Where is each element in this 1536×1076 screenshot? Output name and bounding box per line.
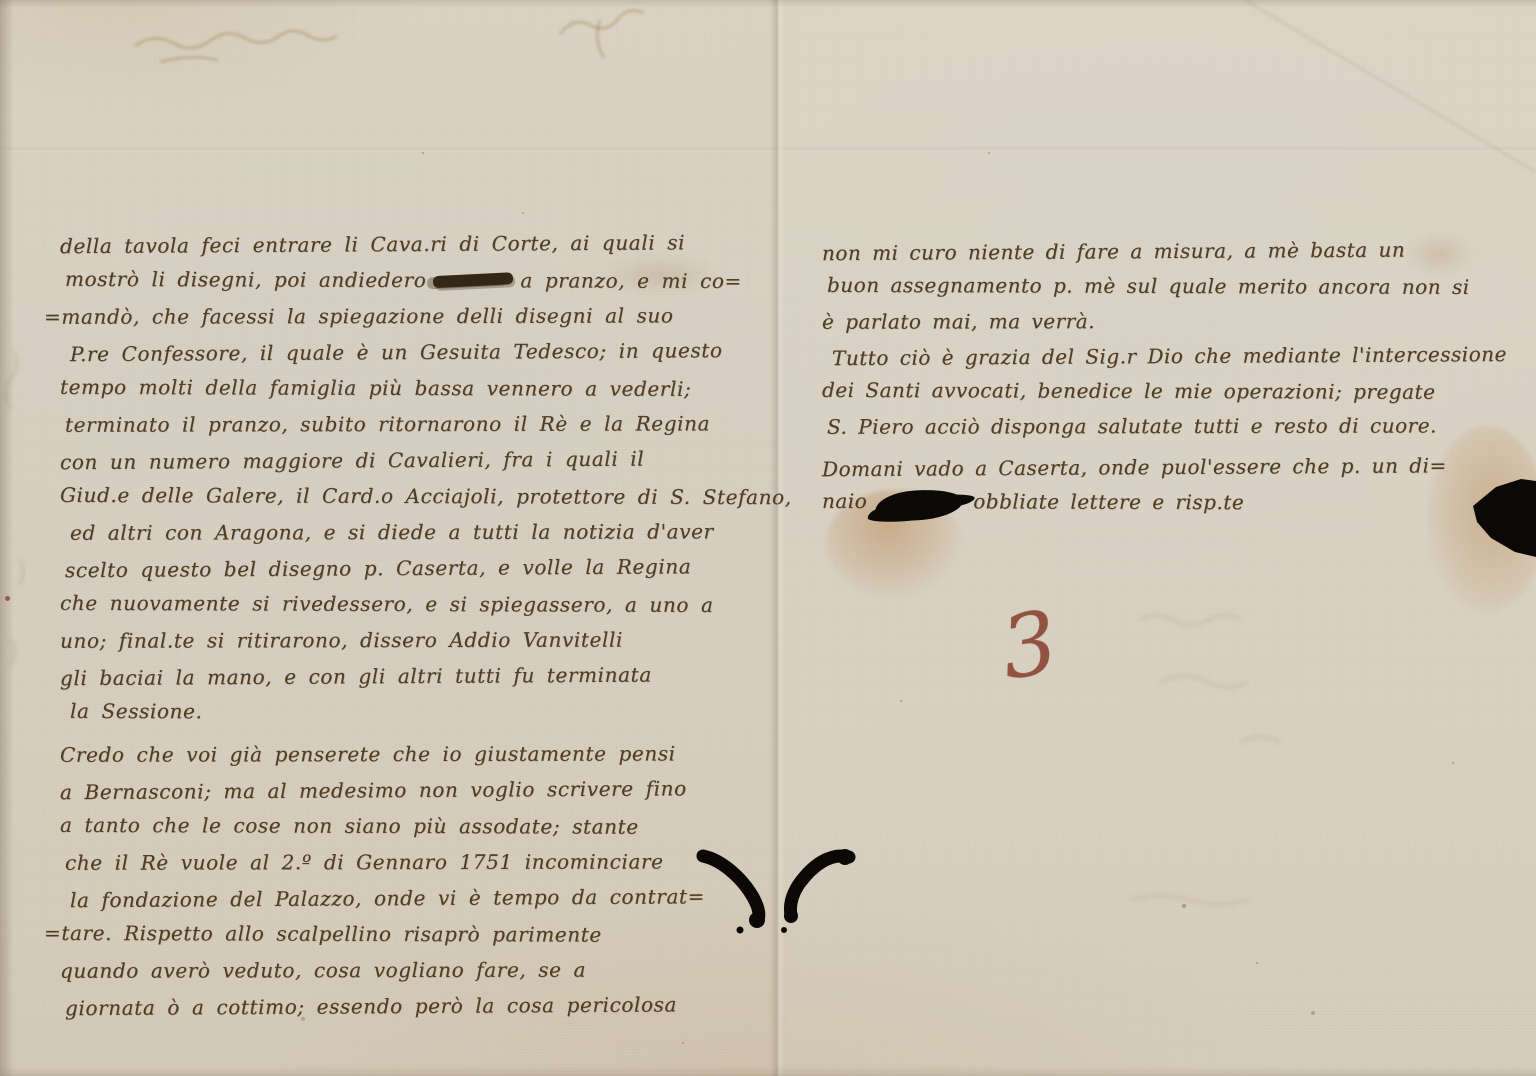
manuscript-line: =tare. Rispetto allo scalpellino risaprò… <box>44 915 770 953</box>
manuscript-line: della tavola feci entrare li Cava.ri di … <box>60 224 770 264</box>
manuscript-line: con un numero maggiore di Cavalieri, fra… <box>60 440 770 480</box>
manuscript-line: terminato il pranzo, subito ritornarono … <box>65 405 770 442</box>
manuscript-letter-scan: 3 della tavola feci entrare li Cava.ri d… <box>0 0 1536 1076</box>
manuscript-line: non mi curo niente di fare a misura, a m… <box>822 232 1528 271</box>
bleed-through-mark <box>560 11 644 58</box>
manuscript-line: P.re Confessore, il quale è un Gesuita T… <box>70 332 770 372</box>
manuscript-line: giornata ò a cottimo; essendo però la co… <box>65 986 770 1026</box>
manuscript-line: naioobbliate lettere e risp.te <box>822 484 1528 521</box>
manuscript-line: tempo molti della famiglia più bassa ven… <box>60 369 770 407</box>
line-text: obbliate lettere e risp.te <box>973 489 1244 514</box>
fold-crease-center <box>770 0 786 1076</box>
manuscript-line: che nuovamente si rivedessero, e si spie… <box>60 585 770 623</box>
manuscript-line: =mandò, che facessi la spiegazione delli… <box>44 297 770 335</box>
ink-strikeout <box>433 272 513 288</box>
right-page-tone <box>786 0 1536 1076</box>
manuscript-line: a Bernasconi; ma al medesimo non voglio … <box>60 770 770 810</box>
manuscript-line: a tanto che le cose non siano più assoda… <box>60 807 770 845</box>
manuscript-line: ed altri con Aragona, e si diede a tutti… <box>70 513 770 550</box>
paper-edge-left <box>0 0 14 1076</box>
manuscript-line: Credo che voi già penserete che io giust… <box>60 735 770 772</box>
bleed-through-mark <box>135 31 337 62</box>
line-text: a pranzo, e mi co= <box>520 268 742 293</box>
manuscript-line: S. Piero acciò disponga salutate tutti e… <box>827 408 1528 444</box>
paper-specks <box>900 700 902 702</box>
line-text: naio <box>822 489 867 513</box>
right-page: non mi curo niente di fare a misura, a m… <box>822 234 1528 520</box>
manuscript-line: quando averò veduto, cosa vogliano fare,… <box>60 951 770 988</box>
archival-number-mark: 3 <box>995 592 1065 699</box>
bleed-through-mark <box>1130 615 1280 904</box>
manuscript-line: la fondazione del Palazzo, onde vi è tem… <box>70 878 770 918</box>
bleed-through-mark <box>5 350 23 666</box>
line-text: mostrò li disegni, poi andiedero <box>65 267 426 292</box>
manuscript-line: gli baciai la mano, e con gli altri tutt… <box>60 656 770 696</box>
red-speck <box>5 596 10 601</box>
manuscript-line: la Sessione. <box>70 693 770 731</box>
manuscript-line: dei Santi avvocati, benedice le mie oper… <box>822 373 1528 410</box>
left-page: della tavola feci entrare li Cava.ri di … <box>60 226 770 1024</box>
manuscript-line: Giud.e delle Galere, il Card.o Acciajoli… <box>60 477 770 515</box>
manuscript-line: mostrò li disegni, poi andiederoa pranzo… <box>65 261 770 299</box>
manuscript-line: è parlato mai, ma verrà. <box>822 303 1528 339</box>
paper-edge-top <box>0 0 1536 8</box>
paper-edge-bottom <box>0 1066 1536 1076</box>
manuscript-line: Domani vado a Caserta, onde puol'essere … <box>822 448 1528 487</box>
fold-crease-horizontal <box>0 146 1536 152</box>
manuscript-line: Tutto ciò è grazia del Sig.r Dio che med… <box>832 337 1528 376</box>
manuscript-line: buon assegnamento p. mè sul quale merito… <box>827 268 1528 305</box>
ink-blot <box>781 849 853 933</box>
manuscript-line: che il Rè vuole al 2.º di Gennaro 1751 i… <box>65 843 770 880</box>
manuscript-line: scelto questo bel disegno p. Caserta, e … <box>65 548 770 588</box>
ink-blot <box>874 487 964 523</box>
fold-crease-diagonal <box>1245 0 1536 172</box>
manuscript-line: uno; final.te si ritirarono, dissero Add… <box>60 621 770 658</box>
